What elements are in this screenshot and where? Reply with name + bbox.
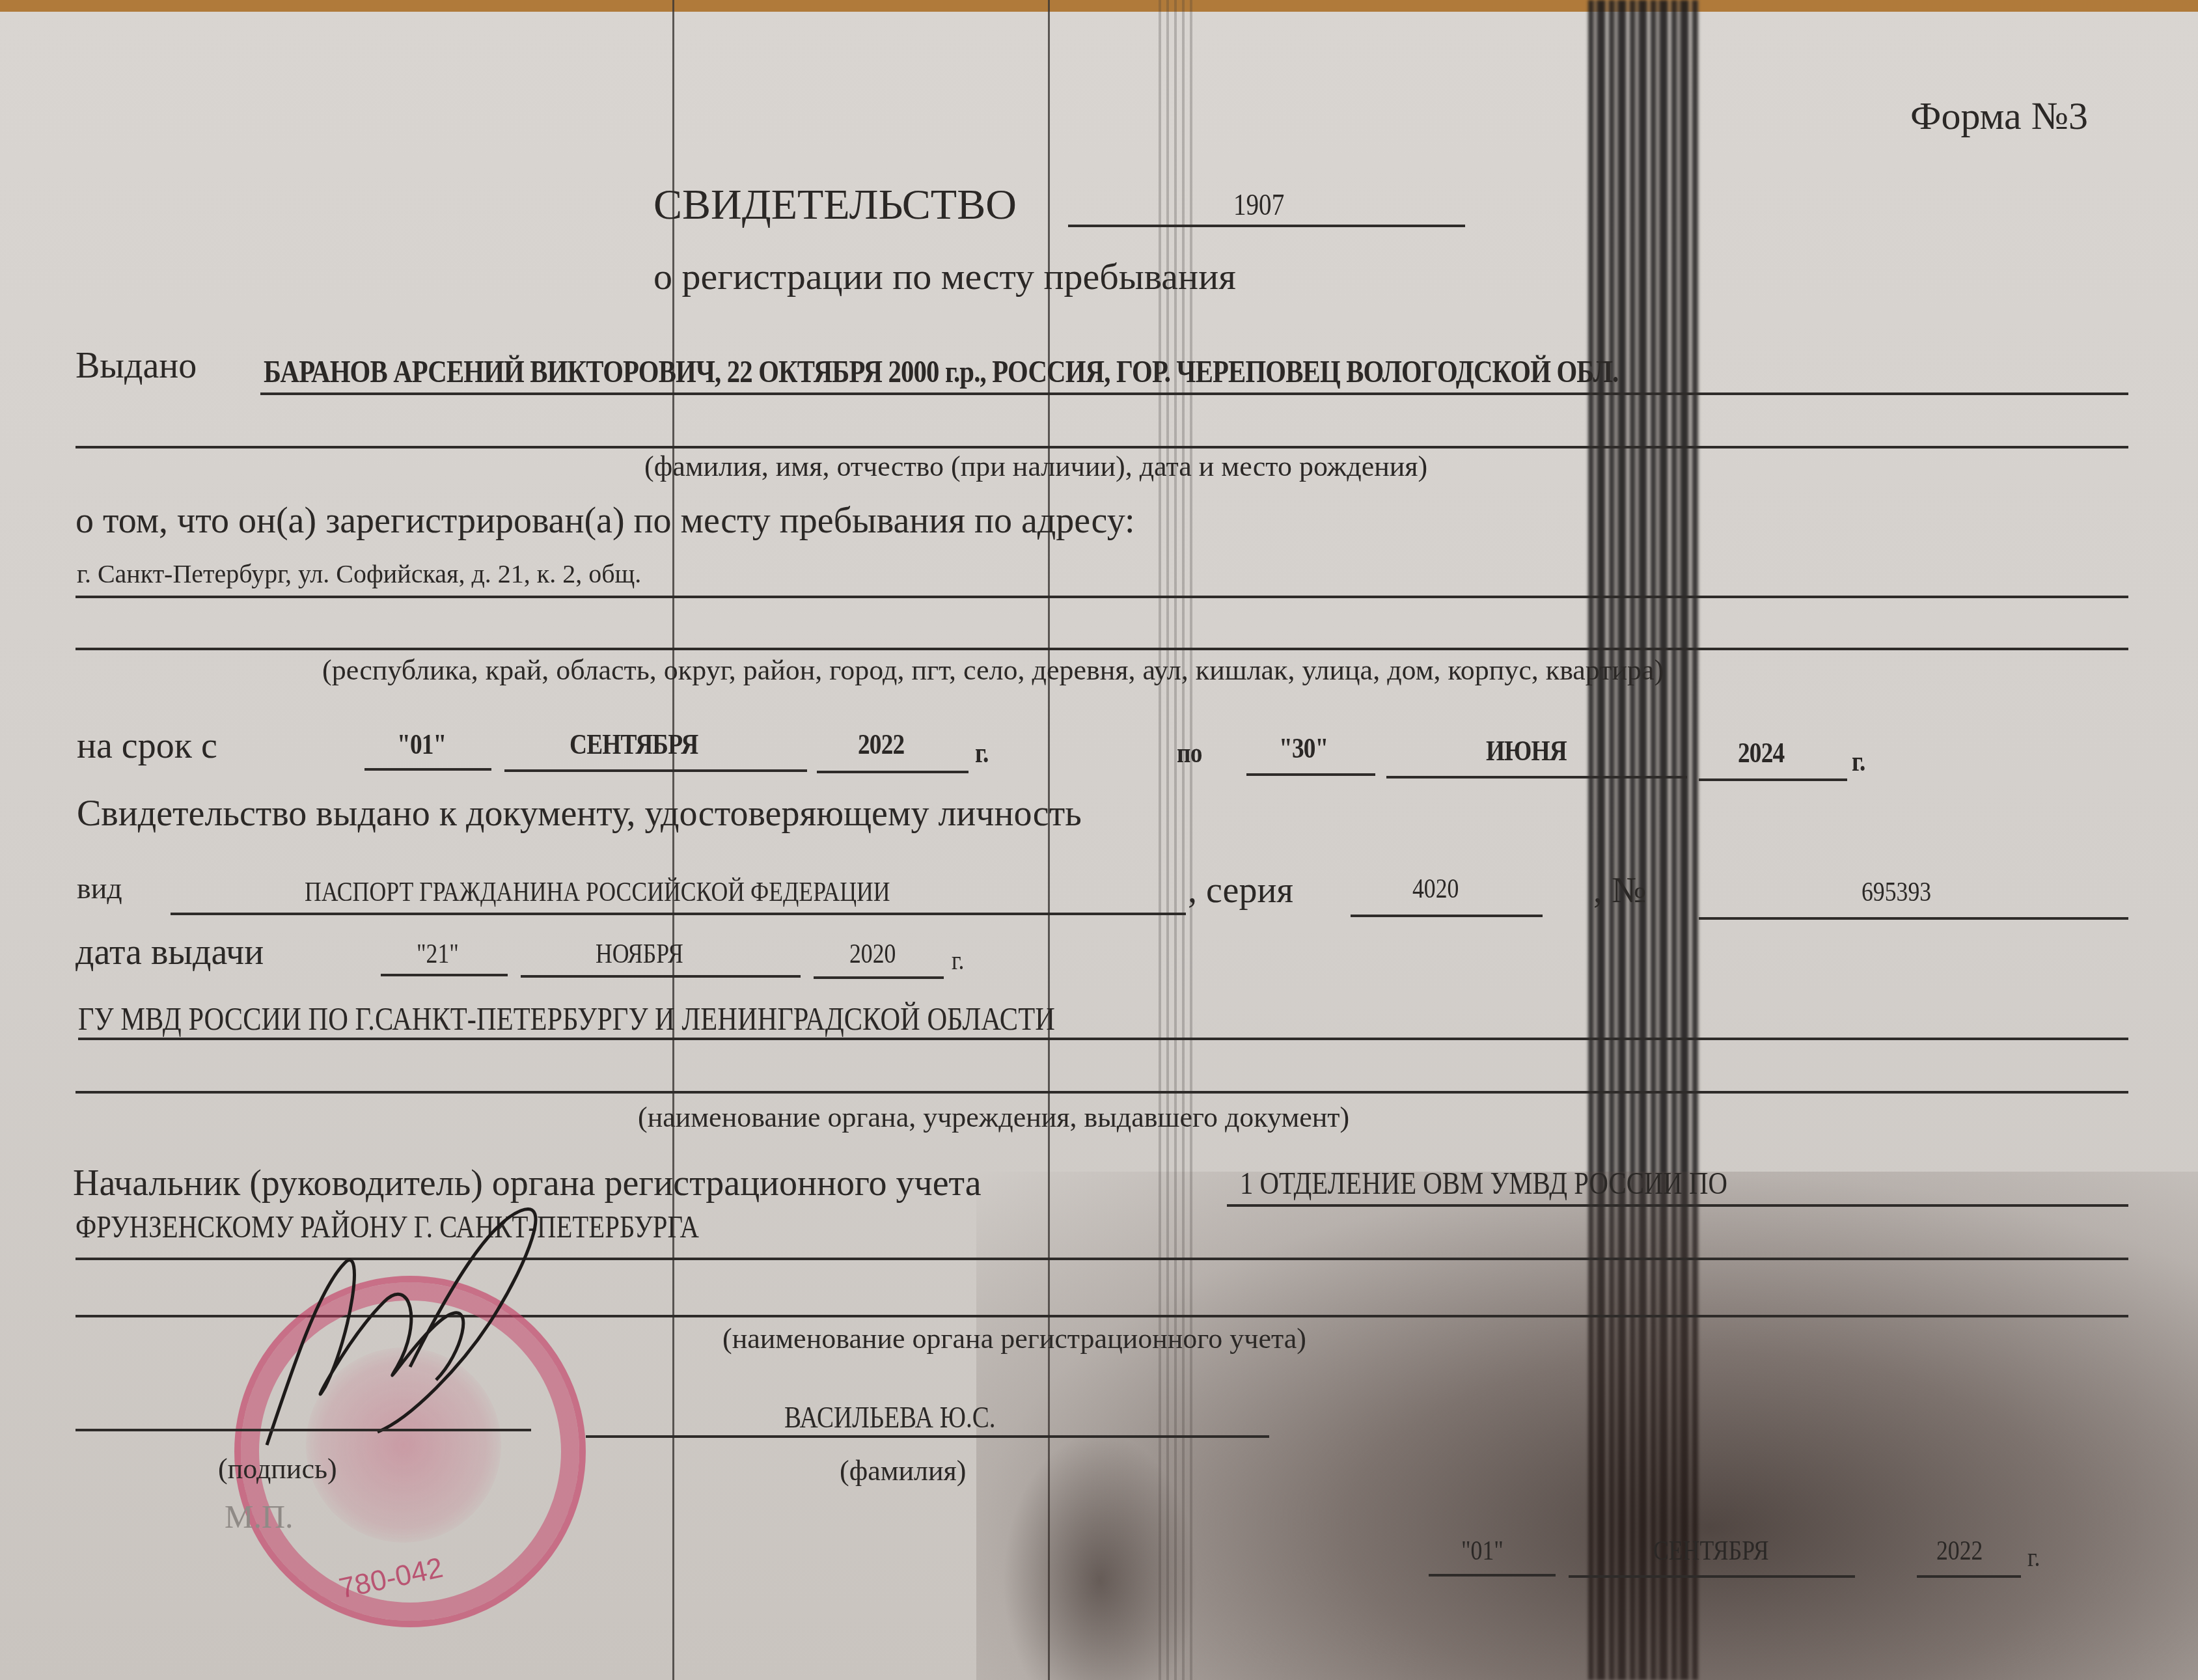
document-type-value: ПАСПОРТ ГРАЖДАНИНА РОССИЙСКОЙ ФЕДЕРАЦИИ (305, 879, 890, 906)
term-to-month: ИЮНЯ (1486, 737, 1567, 765)
issue-year-suffix: г. (952, 947, 965, 974)
form-number: Форма №3 (1910, 96, 2088, 135)
series-underline (1351, 915, 1543, 917)
issue-month-underline (521, 975, 801, 978)
authority-value-line1: 1 ОТДЕЛЕНИЕ ОВМ УМВД РОССИИ ПО (1240, 1168, 1727, 1200)
issue-month: НОЯБРЯ (596, 941, 683, 968)
issue-date-day: "01" (1461, 1537, 1504, 1565)
document-type-label: вид (77, 874, 122, 903)
issue-year-underline (814, 976, 944, 979)
stamp-code: 780-042 (337, 1552, 446, 1605)
registration-address: г. Санкт-Петербург, ул. Софийская, д. 21… (77, 561, 641, 587)
term-from-day-underline (364, 768, 491, 771)
term-to-year-suffix: г. (1852, 747, 1865, 776)
signature-caption: (подпись) (218, 1455, 337, 1483)
issued-to-caption: (фамилия, имя, отчество (при наличии), д… (644, 452, 1427, 481)
surname-caption: (фамилия) (840, 1457, 966, 1485)
issuing-authority: ГУ МВД РОССИИ ПО Г.САНКТ-ПЕТЕРБУРГУ И ЛЕ… (78, 1002, 1055, 1035)
address-underline-2 (76, 648, 2128, 650)
issuer-underline-2 (76, 1091, 2128, 1094)
address-underline (76, 596, 2128, 598)
document-subtitle: о регистрации по месту пребывания (653, 258, 1236, 296)
certificate-number-underline (1068, 225, 1465, 227)
document-title: СВИДЕТЕЛЬСТВО (653, 184, 1017, 227)
term-to-year-underline (1699, 778, 1847, 781)
issue-date-month: СЕНТЯБРЯ (1653, 1537, 1769, 1565)
term-from-month-underline (504, 769, 807, 772)
term-from-year-suffix: г. (975, 739, 988, 767)
authority-caption: (наименование органа регистрационного уч… (722, 1325, 1306, 1353)
identity-statement: Свидетельство выдано к документу, удосто… (77, 795, 1082, 832)
term-from-day: "01" (397, 730, 446, 759)
term-to-year: 2024 (1738, 739, 1784, 767)
hand-shadow-2 (1002, 1432, 1198, 1680)
series-label: , серия (1188, 872, 1293, 909)
issuer-underline (78, 1038, 2128, 1040)
series-value: 4020 (1412, 875, 1459, 903)
term-to-day-underline (1246, 773, 1375, 776)
address-caption: (республика, край, область, округ, район… (322, 656, 1664, 685)
issue-date-year-underline (1917, 1575, 2021, 1578)
seal-place-label: М.П. (225, 1500, 294, 1533)
issue-year: 2020 (849, 941, 896, 968)
issue-date-month-underline (1569, 1575, 1855, 1578)
certificate-number: 1907 (1233, 190, 1284, 220)
authority-underline (1227, 1204, 2128, 1207)
term-to-label: по (1177, 739, 1202, 767)
registration-statement: о том, что он(а) зарегистрирован(а) по м… (76, 503, 1135, 539)
number-value: 695393 (1861, 879, 1931, 906)
issued-to-value: БАРАНОВ АРСЕНИЙ ВИКТОРОВИЧ, 22 ОКТЯБРЯ 2… (264, 357, 1618, 388)
term-from-month: СЕНТЯБРЯ (570, 730, 698, 759)
signature-underline (76, 1429, 531, 1431)
issue-date-suffix: г. (2027, 1544, 2040, 1571)
term-from-year-underline (817, 771, 968, 773)
number-underline (1699, 917, 2128, 920)
number-label: , № (1593, 872, 1646, 909)
term-to-day: "30" (1279, 734, 1328, 763)
issue-date-year: 2022 (1936, 1537, 1983, 1565)
issued-to-underline (260, 392, 2128, 395)
term-from-label: на срок с (77, 728, 217, 764)
issue-date-label: дата выдачи (76, 934, 264, 971)
issued-to-label: Выдано (76, 348, 197, 384)
issuer-caption: (наименование органа, учреждения, выдавш… (638, 1103, 1349, 1132)
issue-day: "21" (417, 941, 459, 968)
fold-line (672, 0, 674, 1680)
signatory-surname: ВАСИЛЬЕВА Ю.С. (784, 1403, 996, 1433)
issued-to-underline-2 (76, 446, 2128, 448)
term-from-year: 2022 (858, 730, 904, 759)
issue-date-day-underline (1429, 1574, 1556, 1577)
term-to-month-underline (1386, 776, 1687, 778)
document-type-underline (171, 913, 1186, 915)
signature-icon (215, 1172, 618, 1497)
issue-day-underline (381, 974, 508, 976)
